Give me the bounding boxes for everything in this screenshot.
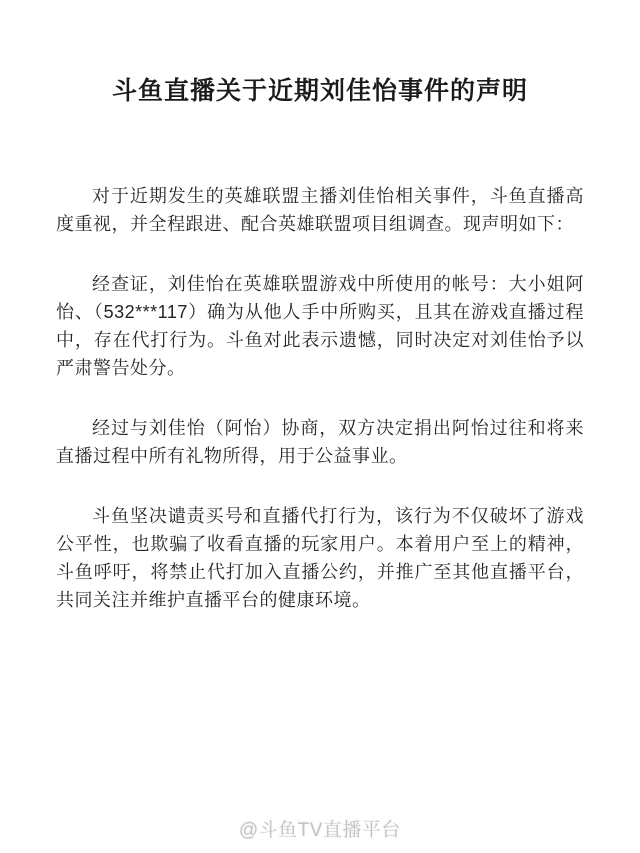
statement-page: 斗鱼直播关于近期刘佳怡事件的声明 对于近期发生的英雄联盟主播刘佳怡相关事件，斗鱼… [0,0,640,853]
statement-paragraph-2: 经查证，刘佳怡在英雄联盟游戏中所使用的帐号：大小姐阿怡、（532***117）确… [56,270,584,382]
statement-paragraph-3: 经过与刘佳怡（阿怡）协商，双方决定捐出阿怡过往和将来直播过程中所有礼物所得，用于… [56,414,584,470]
statement-paragraph-1: 对于近期发生的英雄联盟主播刘佳怡相关事件，斗鱼直播高度重视，并全程跟进、配合英雄… [56,182,584,238]
weibo-watermark: @斗鱼TV直播平台 [0,819,640,843]
statement-body: 对于近期发生的英雄联盟主播刘佳怡相关事件，斗鱼直播高度重视，并全程跟进、配合英雄… [0,182,640,614]
statement-title: 斗鱼直播关于近期刘佳怡事件的声明 [0,0,640,108]
statement-paragraph-4: 斗鱼坚决谴责买号和直播代打行为，该行为不仅破坏了游戏公平性，也欺骗了收看直播的玩… [56,502,584,614]
